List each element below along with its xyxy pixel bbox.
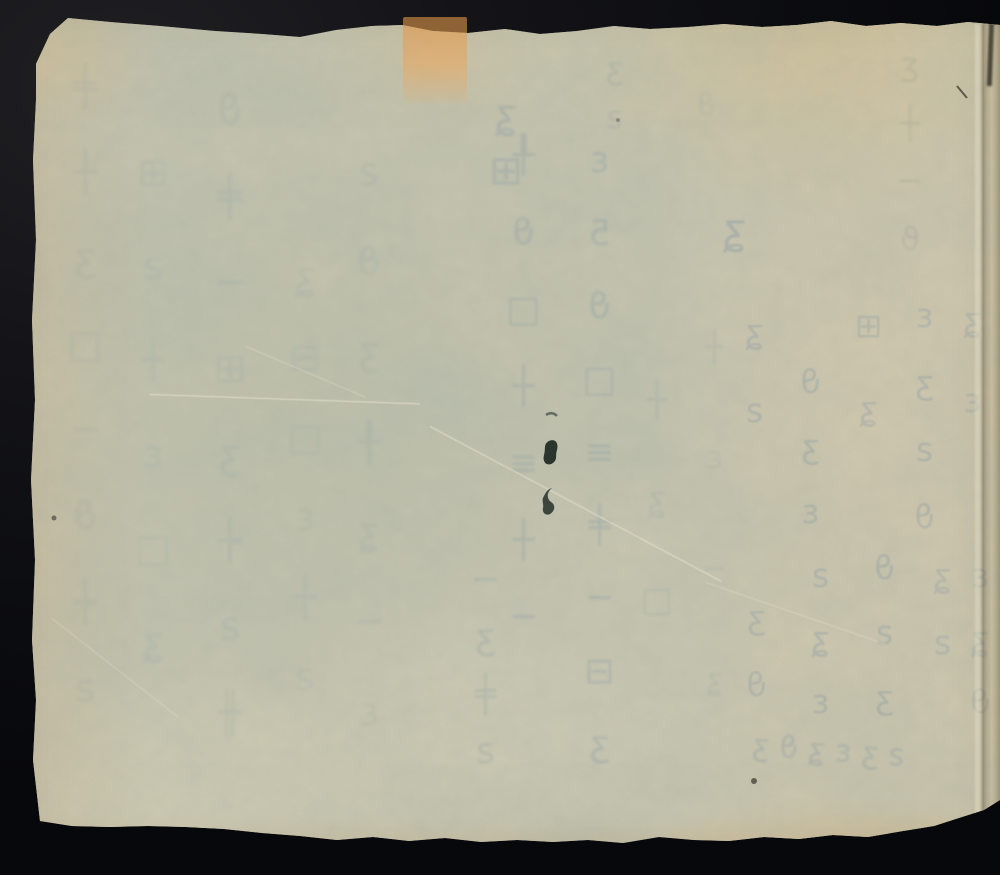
bleedthrough-column-middle-5: ┼ʓ□ [640, 380, 674, 680]
bleedthrough-column-left-2: ⊞ƨ┼ε□ʓ [134, 150, 172, 714]
bleedthrough-column-right-8: ϑƨʒ [868, 548, 901, 743]
bleedthrough-column-top-3: ϑ [692, 88, 722, 123]
spine-edge [985, 22, 1000, 817]
bleedthrough-column-right-7: ƨʓε [804, 556, 837, 745]
page-fold-highlight [975, 24, 980, 814]
bleedthrough-column-right-2: ϑʒε [794, 362, 827, 557]
bleedthrough-column-right-3: ⊞ʓ [852, 306, 885, 472]
paper-crease-5 [51, 618, 178, 718]
bleedthrough-column-middle-2: ╀ϑ□┼≡┼─ [506, 135, 542, 674]
manuscript-page: ╪┼ʒ□─ϑ┼ƨ ⊞ƨ┼ε□ʓ ϑ╪─⊞ʒ┽ƨ╫ ʓ⊟□ε┼ƨ ƨϑʒ╀ʓ─ε … [0, 0, 1000, 875]
bleedthrough-column-right-9: ʓƨ [926, 556, 959, 690]
bleedthrough-column-left-4: ʓ⊟□ε┼ƨ [286, 255, 324, 735]
bleedthrough-column-right-11: ┼ε─ʓ [700, 330, 730, 774]
bleedthrough-glyph-middle: ʓ [714, 205, 756, 254]
bleedthrough-column-top-2: ʒ┼─ϑ [894, 46, 926, 278]
bleedthrough-column-left-1: ╪┼ʒ□─ϑ┼ƨ [66, 64, 104, 752]
paper-texture [0, 0, 1000, 875]
bleedthrough-column-middle-1: ʓ⊞ [486, 92, 526, 204]
bleedthrough-column-middle-4: ─ʒ╪ƨ [468, 560, 504, 788]
paper-crease-4 [245, 346, 365, 399]
bleedthrough-column-right-4: εʒƨϑ [908, 296, 941, 564]
paper-crease-3 [705, 582, 885, 646]
bleedthrough-column-middle-3: ε5ϑ□≡╪─⊟ʒ [582, 140, 618, 797]
bleedthrough-column-left-5: ƨϑʒ╀ʓ─ε [350, 150, 388, 780]
bleedthrough-column-right-6: ʒϑ [740, 598, 773, 732]
paper-crease-1 [150, 394, 420, 405]
paper-crease-2 [429, 426, 721, 583]
bleedthrough-column-left-3: ϑ╪─⊞ʒ┽ƨ╫ [210, 88, 250, 776]
ink-blot [0, 0, 1000, 875]
bleedthrough-row-bottom: ƨʒεʓϑʒ [741, 730, 905, 771]
bleedthrough-column-top-1: ʒƨ [600, 52, 630, 150]
manuscript-photo: ╪┼ʒ□─ϑ┼ƨ ⊞ƨ┼ε□ʓ ϑ╪─⊞ʒ┽ƨ╫ ʓ⊟□ε┼ƨ ƨϑʒ╀ʓ─ε … [0, 0, 1000, 875]
bleedthrough-column-right-1: ʓƨ [738, 312, 771, 470]
